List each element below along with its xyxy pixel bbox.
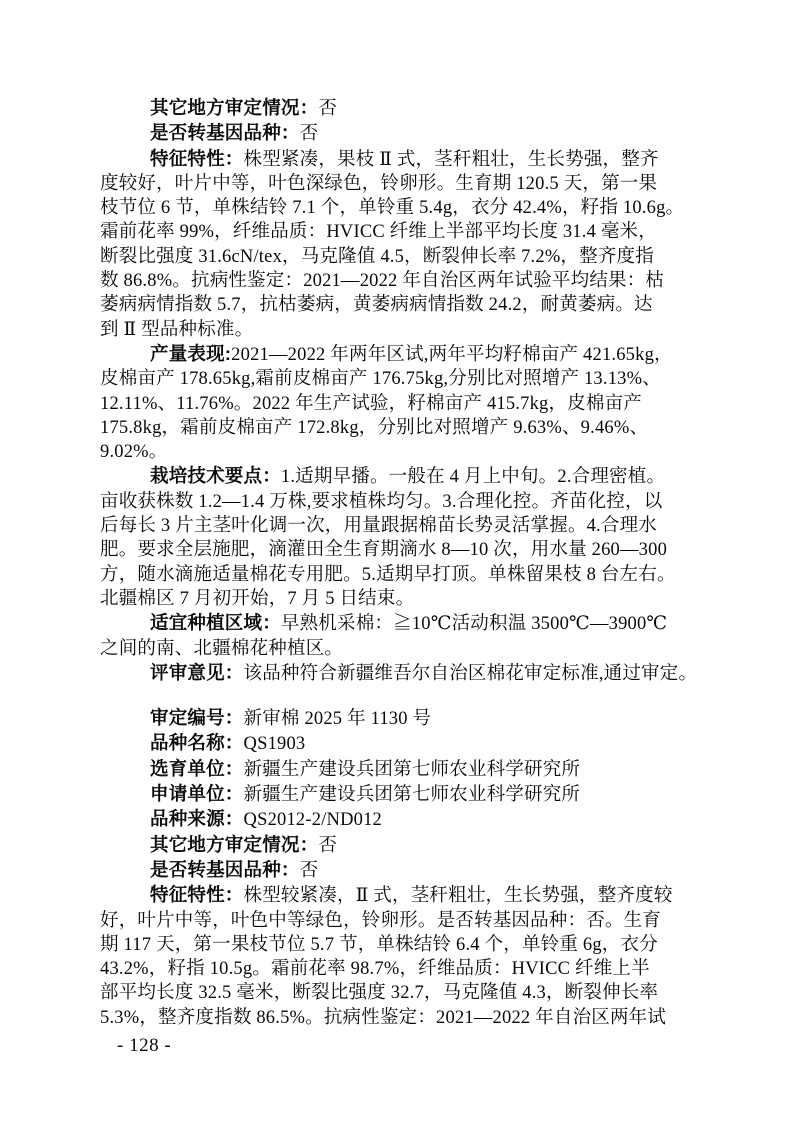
- text-line: 选育单位：新疆生产建设兵团第七师农业科学研究所: [100, 757, 712, 782]
- text-line: 北疆棉区 7 月初开始，7 月 5 日结束。: [100, 587, 712, 611]
- field-label: 审定编号：: [150, 707, 244, 728]
- field-label: 特征特性：: [150, 148, 244, 169]
- field-label: 申请单位：: [150, 783, 244, 804]
- text-line: 肥。要求全层施肥，滴灌田全生育期滴水 8—10 次，用水量 260—300: [100, 538, 712, 562]
- text-line: 12.11%、11.76%。2022 年生产试验，籽棉亩产 415.7kg，皮棉…: [100, 392, 712, 416]
- line-text: 枝节位 6 节，单株结铃 7.1 个，单铃重 5.4g，衣分 42.4%，籽指 …: [100, 198, 684, 218]
- section-gap: [100, 686, 712, 706]
- line-text: 皮棉亩产 178.65kg,霜前皮棉亩产 176.75kg,分别比对照增产 13…: [100, 369, 661, 389]
- line-text: 期 117 天，第一果枝节位 5.7 节，单株结铃 6.4 个，单铃重 6g，衣…: [100, 935, 658, 955]
- field-value: 新疆生产建设兵团第七师农业科学研究所: [244, 760, 581, 780]
- text-line: 品种来源：QS2012-2/ND012: [100, 807, 712, 832]
- line-text: 数 86.8%。抗病性鉴定：2021—2022 年自治区两年试验平均结果：枯: [100, 271, 664, 291]
- text-line: 部平均长度 32.5 毫米，断裂比强度 32.7，马克隆值 4.3，断裂伸长率: [100, 981, 712, 1005]
- line-text: 175.8kg，霜前皮棉亩产 172.8kg，分别比对照增产 9.63%、9.4…: [100, 418, 648, 438]
- text-line: 是否转基因品种：否: [100, 858, 712, 883]
- text-line: 方，随水滴施适量棉花专用肥。5.适期早打顶。单株留果枝 8 台左右。: [100, 563, 712, 587]
- field-label: 栽培技术要点：: [150, 465, 281, 486]
- field-value: QS2012-2/ND012: [244, 810, 382, 830]
- line-text: 萎病病情指数 5.7，抗枯萎病，黄萎病病情指数 24.2，耐黄萎病。达: [100, 295, 653, 315]
- text-line: 特征特性：株型紧凑，果枝 Ⅱ 式，茎秆粗壮，生长势强，整齐: [100, 147, 712, 172]
- text-line: 枝节位 6 节，单株结铃 7.1 个，单铃重 5.4g，衣分 42.4%，籽指 …: [100, 196, 712, 220]
- text-line: 度较好，叶片中等，叶色深绿色，铃卵形。生育期 120.5 天，第一果: [100, 172, 712, 196]
- field-value: 否: [300, 124, 319, 144]
- text-line: 好，叶片中等，叶色中等绿色，铃卵形。是否转基因品种：否。生育: [100, 909, 712, 933]
- line-text: 霜前花率 99%，纤维品质：HVICC 纤维上半部平均长度 31.4 毫米，: [100, 222, 657, 242]
- text-line: 萎病病情指数 5.7，抗枯萎病，黄萎病病情指数 24.2，耐黄萎病。达: [100, 293, 712, 317]
- line-text: 之间的南、北疆棉花种植区。: [100, 639, 343, 659]
- field-value: 新疆生产建设兵团第七师农业科学研究所: [244, 785, 581, 805]
- text-line: 9.02%。: [100, 440, 712, 464]
- text-line: 评审意见：该品种符合新疆维吾尔自治区棉花审定标准,通过审定。: [100, 661, 712, 686]
- line-text: 方，随水滴施适量棉花专用肥。5.适期早打顶。单株留果枝 8 台左右。: [100, 565, 676, 585]
- line-text: 43.2%，籽指 10.5g。霜前花率 98.7%，纤维品质：HVICC 纤维上…: [100, 959, 650, 979]
- text-line: 适宜种植区域：早熟机采棉：≧10℃活动积温 3500℃—3900℃: [100, 611, 712, 636]
- variety-record-2: 审定编号：新审棉 2025 年 1130 号 品种名称：QS1903 选育单位：…: [100, 706, 712, 1030]
- text-line: 亩收获株数 1.2—1.4 万株,要求植株均匀。3.合理化控。齐苗化控，以: [100, 490, 712, 514]
- text-line: 期 117 天，第一果枝节位 5.7 节，单株结铃 6.4 个，单铃重 6g，衣…: [100, 933, 712, 957]
- line-text: 到 Ⅱ 型品种标准。: [100, 320, 253, 340]
- document-page: 其它地方审定情况：否 是否转基因品种：否 特征特性：株型紧凑，果枝 Ⅱ 式，茎秆…: [0, 0, 793, 1122]
- line-text: 断裂比强度 31.6cN/tex，马克隆值 4.5，断裂伸长率 7.2%，整齐度…: [100, 247, 654, 267]
- text-line: 品种名称：QS1903: [100, 731, 712, 756]
- field-value: 否: [318, 99, 337, 119]
- text-line: 产量表现:2021—2022 年两年区试,两年平均籽棉亩产 421.65kg，: [100, 342, 712, 367]
- field-value: 新审棉 2025 年 1130 号: [244, 709, 432, 729]
- field-label: 选育单位：: [150, 758, 244, 779]
- line-text: 北疆棉区 7 月初开始，7 月 5 日结束。: [100, 589, 414, 609]
- field-label: 品种来源：: [150, 808, 244, 829]
- text-line: 后每长 3 片主茎叶化调一次，用量跟据棉苗长势灵活掌握。4.合理水: [100, 514, 712, 538]
- text-line: 数 86.8%。抗病性鉴定：2021—2022 年自治区两年试验平均结果：枯: [100, 269, 712, 293]
- field-label: 其它地方审定情况：: [150, 97, 318, 118]
- line-text: 12.11%、11.76%。2022 年生产试验，籽棉亩产 415.7kg，皮棉…: [100, 394, 642, 414]
- text-line: 审定编号：新审棉 2025 年 1130 号: [100, 706, 712, 731]
- text-line: 43.2%，籽指 10.5g。霜前花率 98.7%，纤维品质：HVICC 纤维上…: [100, 957, 712, 981]
- field-label: 是否转基因品种：: [150, 122, 300, 143]
- field-label: 产量表现:: [150, 343, 231, 364]
- line-text: 早熟机采棉：≧10℃活动积温 3500℃—3900℃: [281, 614, 667, 634]
- page-number: - 128 -: [117, 1034, 171, 1058]
- field-label: 品种名称：: [150, 732, 244, 753]
- text-line: 到 Ⅱ 型品种标准。: [100, 318, 712, 342]
- line-text: 亩收获株数 1.2—1.4 万株,要求植株均匀。3.合理化控。齐苗化控，以: [100, 492, 662, 512]
- text-line: 其它地方审定情况：否: [100, 833, 712, 858]
- text-line: 5.3%，整齐度指数 86.5%。抗病性鉴定：2021—2022 年自治区两年试: [100, 1006, 712, 1030]
- field-label: 是否转基因品种：: [150, 859, 300, 880]
- line-text: 5.3%，整齐度指数 86.5%。抗病性鉴定：2021—2022 年自治区两年试: [100, 1008, 666, 1028]
- line-text: 株型较紧凑，Ⅱ 式，茎秆粗壮，生长势强，整齐度较: [244, 886, 673, 906]
- variety-record-1: 其它地方审定情况：否 是否转基因品种：否 特征特性：株型紧凑，果枝 Ⅱ 式，茎秆…: [100, 96, 712, 686]
- text-line: 之间的南、北疆棉花种植区。: [100, 637, 712, 661]
- text-line: 申请单位：新疆生产建设兵团第七师农业科学研究所: [100, 782, 712, 807]
- line-text: 好，叶片中等，叶色中等绿色，铃卵形。是否转基因品种：否。生育: [100, 911, 661, 931]
- line-text: 2021—2022 年两年区试,两年平均籽棉亩产 421.65kg，: [231, 345, 673, 365]
- line-text: 部平均长度 32.5 毫米，断裂比强度 32.7，马克隆值 4.3，断裂伸长率: [100, 983, 658, 1003]
- text-line: 栽培技术要点：1.适期早播。一般在 4 月上中旬。2.合理密植。: [100, 464, 712, 489]
- line-text: 株型紧凑，果枝 Ⅱ 式，茎秆粗壮，生长势强，整齐: [244, 150, 659, 170]
- field-label: 特征特性：: [150, 884, 244, 905]
- body-text: 其它地方审定情况：否 是否转基因品种：否 特征特性：株型紧凑，果枝 Ⅱ 式，茎秆…: [100, 96, 712, 1030]
- field-label: 评审意见：: [150, 662, 244, 683]
- field-value: 否: [300, 861, 319, 881]
- line-text: 肥。要求全层施肥，滴灌田全生育期滴水 8—10 次，用水量 260—300: [100, 540, 667, 560]
- line-text: 9.02%。: [100, 442, 168, 462]
- line-text: 度较好，叶片中等，叶色深绿色，铃卵形。生育期 120.5 天，第一果: [100, 174, 657, 194]
- line-text: 该品种符合新疆维吾尔自治区棉花审定标准,通过审定。: [244, 664, 698, 684]
- text-line: 断裂比强度 31.6cN/tex，马克隆值 4.5，断裂伸长率 7.2%，整齐度…: [100, 245, 712, 269]
- text-line: 是否转基因品种：否: [100, 121, 712, 146]
- text-line: 其它地方审定情况：否: [100, 96, 712, 121]
- line-text: 后每长 3 片主茎叶化调一次，用量跟据棉苗长势灵活掌握。4.合理水: [100, 516, 657, 536]
- text-line: 特征特性：株型较紧凑，Ⅱ 式，茎秆粗壮，生长势强，整齐度较: [100, 883, 712, 908]
- line-text: 1.适期早播。一般在 4 月上中旬。2.合理密植。: [281, 467, 665, 487]
- field-label: 适宜种植区域：: [150, 612, 281, 633]
- field-label: 其它地方审定情况：: [150, 834, 318, 855]
- text-line: 霜前花率 99%，纤维品质：HVICC 纤维上半部平均长度 31.4 毫米，: [100, 220, 712, 244]
- field-value: QS1903: [244, 734, 306, 754]
- field-value: 否: [318, 836, 337, 856]
- text-line: 皮棉亩产 178.65kg,霜前皮棉亩产 176.75kg,分别比对照增产 13…: [100, 367, 712, 391]
- text-line: 175.8kg，霜前皮棉亩产 172.8kg，分别比对照增产 9.63%、9.4…: [100, 416, 712, 440]
